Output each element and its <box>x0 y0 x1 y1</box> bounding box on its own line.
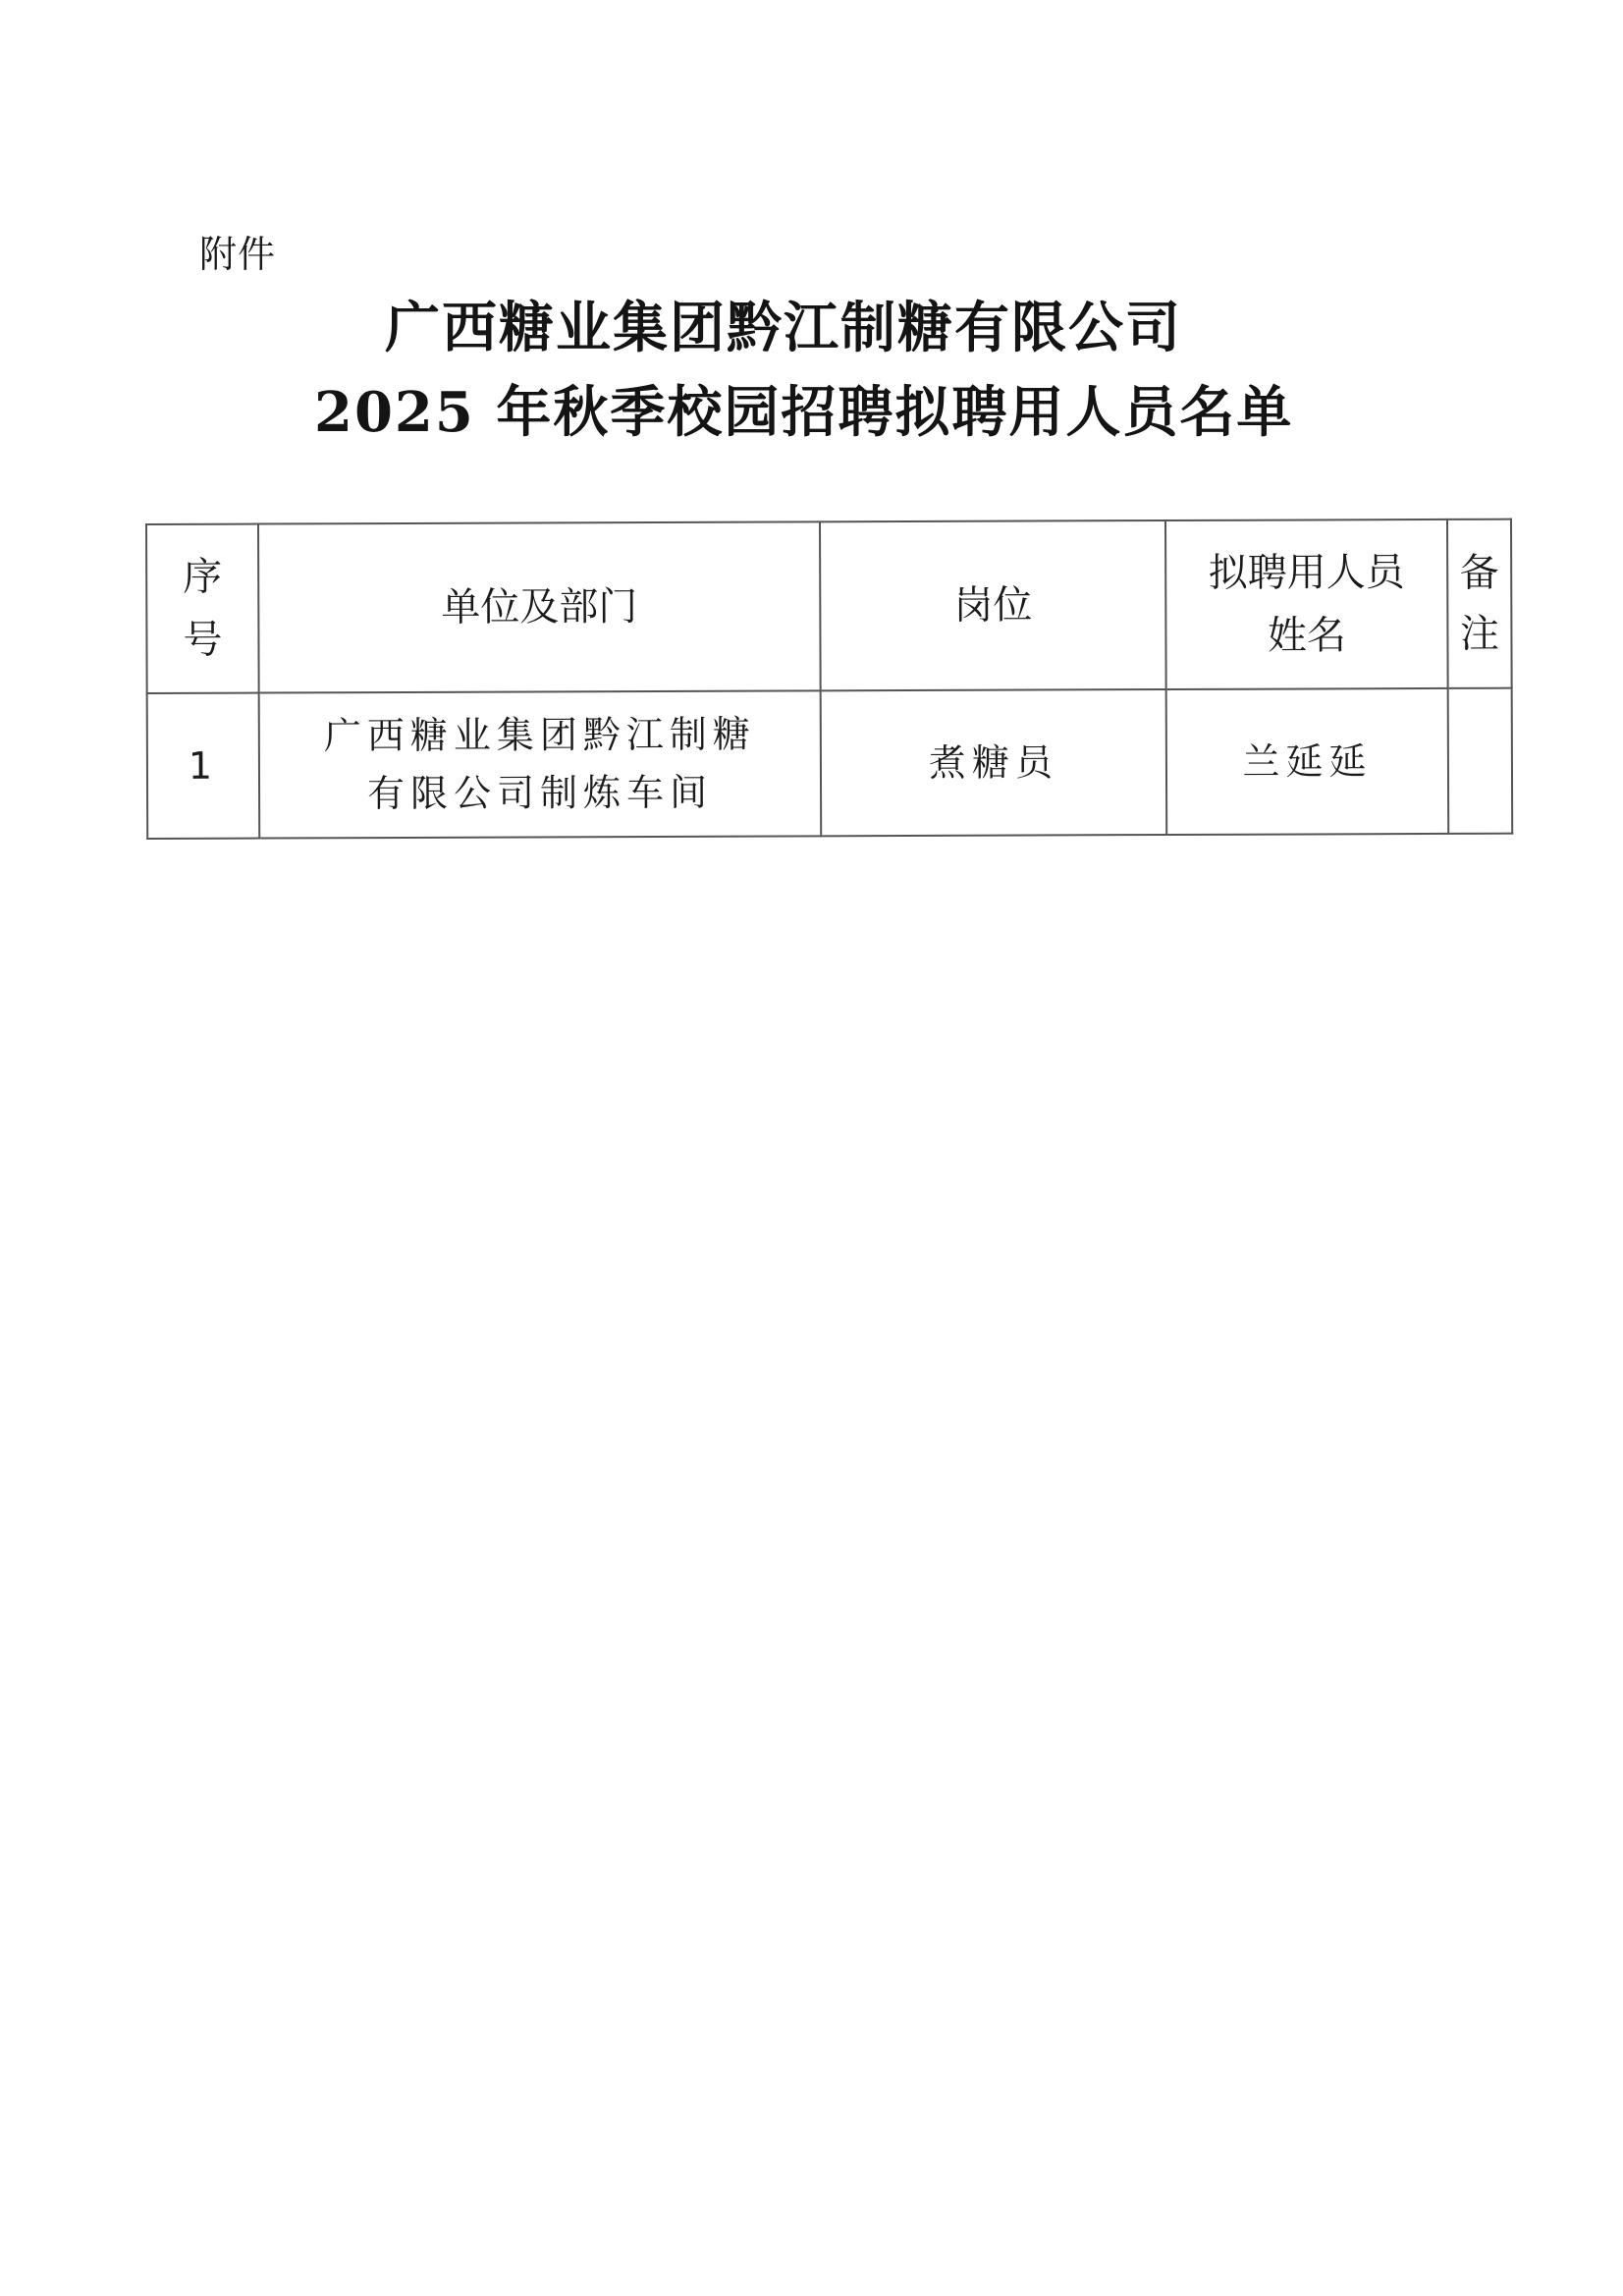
table-body: 1 广西糖业集团黔江制糖 有限公司制炼车间 煮糖员 兰延延 <box>147 688 1513 839</box>
header-remark: 备注 <box>1447 519 1512 688</box>
header-name: 拟聘用人员 姓名 <box>1165 519 1448 689</box>
header-seq: 序 号 <box>146 524 259 693</box>
header-unit: 单位及部门 <box>258 521 821 692</box>
attachment-label: 附件 <box>199 224 276 278</box>
cell-unit: 广西糖业集团黔江制糖 有限公司制炼车间 <box>259 690 822 838</box>
header-seq-line-1: 序 <box>157 546 247 609</box>
cell-name: 兰延延 <box>1166 688 1449 835</box>
cell-seq: 1 <box>147 693 260 839</box>
table-row: 1 广西糖业集团黔江制糖 有限公司制炼车间 煮糖员 兰延延 <box>147 688 1513 839</box>
header-post: 岗位 <box>820 520 1166 690</box>
document-title-line-2: 2025 年秋季校园招聘拟聘用人员名单 <box>0 369 1623 448</box>
cell-unit-line-1: 广西糖业集团黔江制糖 <box>270 706 810 766</box>
cell-post: 煮糖员 <box>821 689 1167 836</box>
cell-unit-line-2: 有限公司制炼车间 <box>270 763 810 823</box>
header-name-line-1: 拟聘用人员 <box>1176 541 1436 605</box>
header-seq-line-2: 号 <box>157 609 247 672</box>
document-title-line-1: 广西糖业集团黔江制糖有限公司 <box>0 285 1623 363</box>
roster-table: 序 号 单位及部门 岗位 拟聘用人员 姓名 备注 1 广西糖业集团黔江制糖 有限… <box>145 519 1513 840</box>
table-header: 序 号 单位及部门 岗位 拟聘用人员 姓名 备注 <box>146 519 1512 693</box>
header-row: 序 号 单位及部门 岗位 拟聘用人员 姓名 备注 <box>146 519 1512 693</box>
header-name-line-2: 姓名 <box>1176 604 1436 668</box>
cell-remark <box>1448 688 1513 834</box>
roster-table-container: 序 号 单位及部门 岗位 拟聘用人员 姓名 备注 1 广西糖业集团黔江制糖 有限… <box>145 519 1513 840</box>
